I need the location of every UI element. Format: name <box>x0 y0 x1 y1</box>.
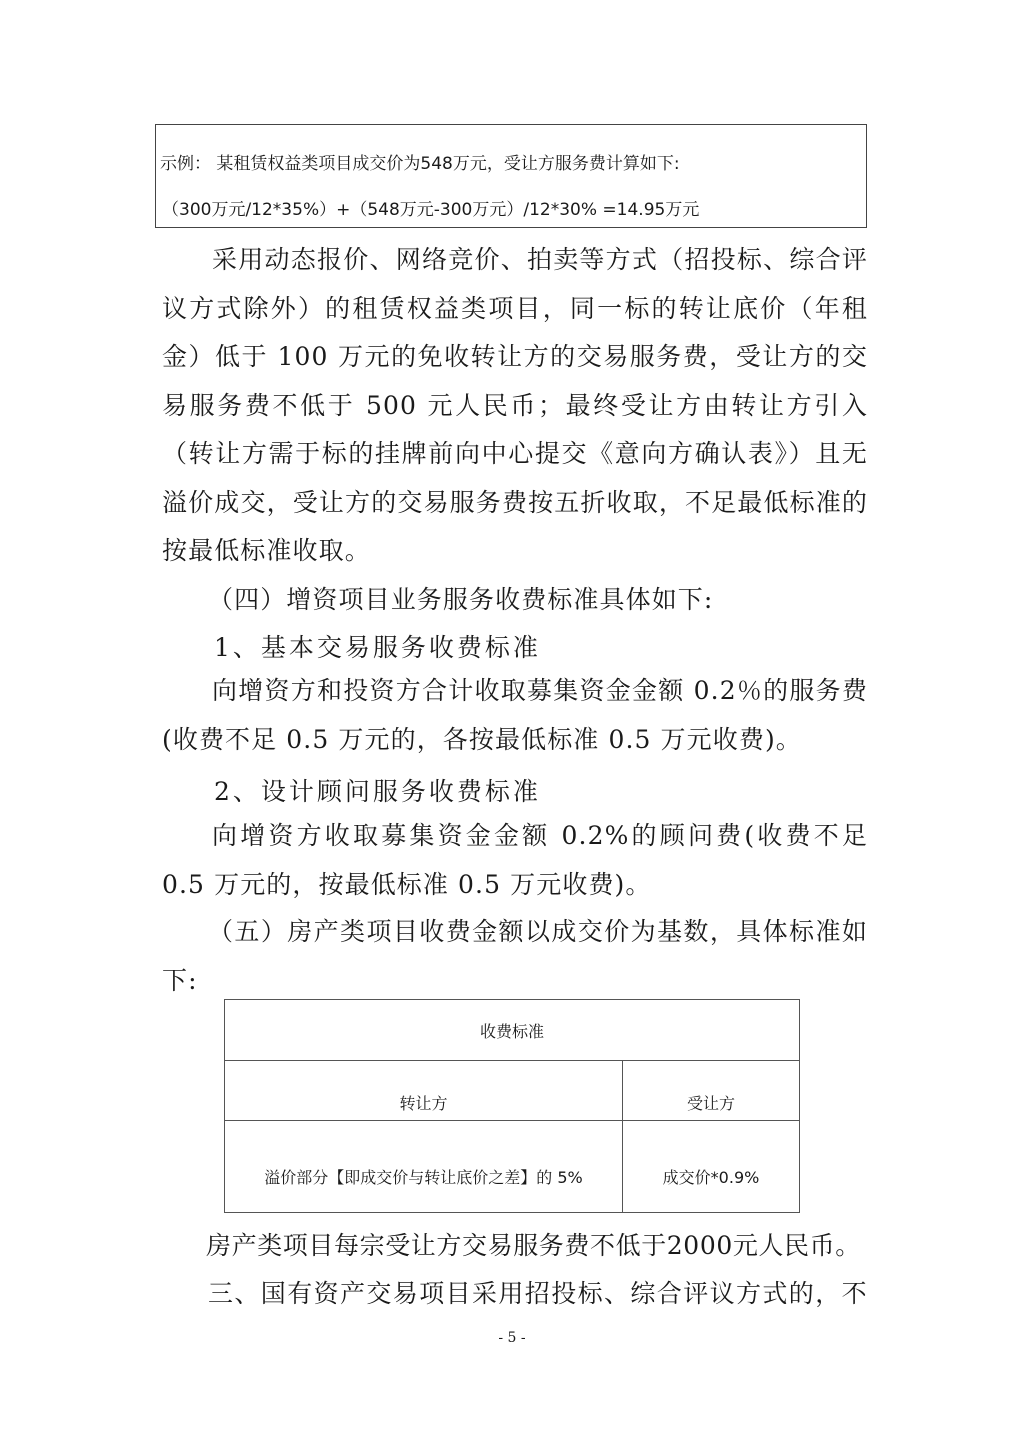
section5-heading: （五）房产类项目收费金额以成交价为基数，具体标准如下: <box>162 908 868 1005</box>
section3-start: 三、国有资产交易项目采用招投标、综合评议方式的，不 <box>208 1274 868 1310</box>
fee-table: 收费标准 转让方 受让方 溢价部分【即成交价与转让底价之差】的 5% 成交价*0… <box>224 999 800 1213</box>
example-line-1: 示例： 某租赁权益类项目成交价为548万元，受让方服务费计算如下: <box>160 149 680 174</box>
fee-table-cell-transferee: 成交价*0.9% <box>623 1121 800 1213</box>
fee-table-title: 收费标准 <box>225 1000 800 1061</box>
example-box: 示例： 某租赁权益类项目成交价为548万元，受让方服务费计算如下: （300万元… <box>155 124 867 228</box>
example-line-2: （300万元/12*35%）+（548万元-300万元）/12*30% =14.… <box>162 195 699 220</box>
item1-heading: 1、基本交易服务收费标准 <box>214 628 541 664</box>
fee-table-header-transferee: 受让方 <box>623 1061 800 1121</box>
fee-table-header-transferor: 转让方 <box>225 1061 623 1121</box>
page-number: - 5 - <box>0 1330 1024 1346</box>
item1-body: 向增资方和投资方合计收取募集资金金额 0.2％的服务费(收费不足 0.5 万元的… <box>162 667 868 764</box>
item2-body: 向增资方收取募集资金金额 0.2%的顾问费(收费不足 0.5 万元的，按最低标准… <box>162 812 868 909</box>
section4-heading: （四）增资项目业务服务收费标准具体如下: <box>208 580 713 616</box>
lease-rules-paragraph: 采用动态报价、网络竞价、拍卖等方式（招投标、综合评议方式除外）的租赁权益类项目，… <box>162 236 868 576</box>
item2-heading: 2、设计顾问服务收费标准 <box>214 772 541 808</box>
property-min-fee: 房产类项目每宗受让方交易服务费不低于2000元人民币。 <box>206 1226 861 1262</box>
fee-table-cell-transferor: 溢价部分【即成交价与转让底价之差】的 5% <box>225 1121 623 1213</box>
